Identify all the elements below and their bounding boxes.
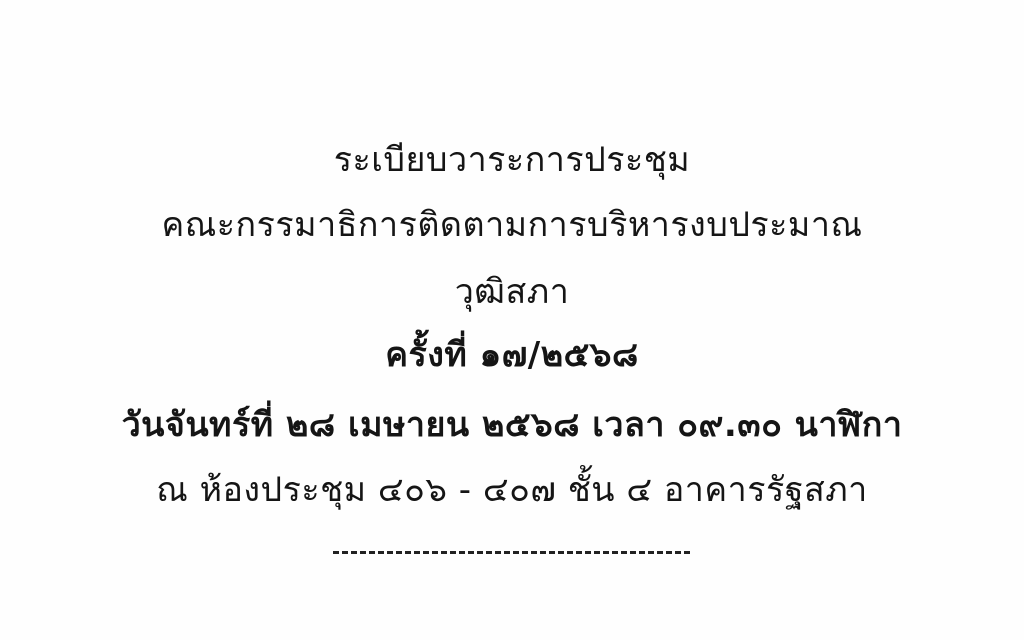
meeting-location: ณ ห้องประชุม ๔๐๖ - ๔๐๗ ชั้น ๔ อาคารรัฐสภ… [0,460,1024,520]
agenda-title: ระเบียบวาระการประชุม [0,130,1024,190]
dashed-separator [333,551,690,554]
meeting-date-time: วันจันทร์ที่ ๒๘ เมษายน ๒๕๖๘ เวลา ๐๙.๓๐ น… [0,395,1024,455]
committee-name: คณะกรรมาธิการติดตามการบริหารงบประมาณ [0,195,1024,255]
document-page: ระเบียบวาระการประชุม คณะกรรมาธิการติดตาม… [0,0,1024,640]
session-number: ครั้งที่ ๑๗/๒๕๖๘ [0,325,1024,385]
chamber-name: วุฒิสภา [0,262,1024,322]
